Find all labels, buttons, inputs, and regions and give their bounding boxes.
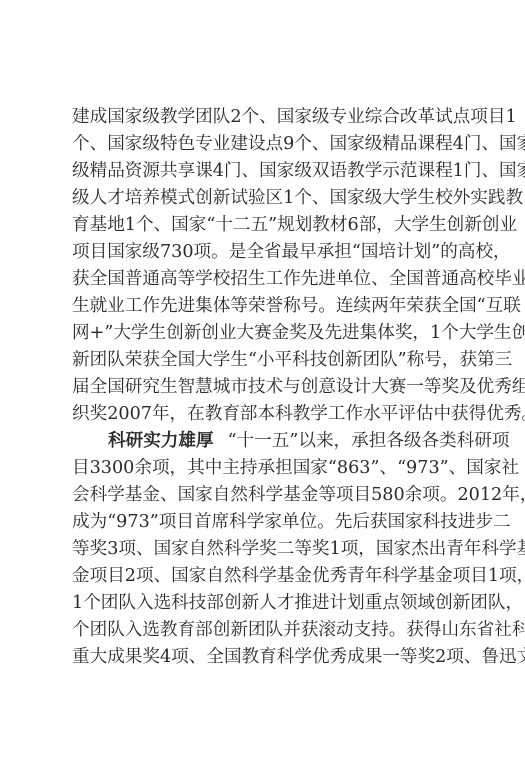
text-fragment: “十一五”以来，承担各级各类科研项 <box>228 428 510 455</box>
text-line: 目3300余项，其中主持承担国家“863”、“973”、国家社 <box>72 455 453 482</box>
text-line: 获全国普通高等学校招生工作先进单位、全国普通高校毕业 <box>72 266 453 293</box>
text-line: 重大成果奖4项、全国教育科学优秀成果一等奖2项、鲁迅文 <box>72 644 453 671</box>
text-line: 建成国家级教学团队2个、国家级专业综合改革试点项目1 <box>72 104 453 131</box>
text-line: 成为“973”项目首席科学家单位。先后获国家科技进步二 <box>72 509 453 536</box>
text-line: 级精品资源共享课4门、国家级双语教学示范课程1门、国家 <box>72 158 453 185</box>
text-line: 织奖2007年，在教育部本科教学工作水平评估中获得优秀。 <box>72 401 453 428</box>
text-line: 金项目2项、国家自然科学基金优秀青年科学基金项目1项， <box>72 563 453 590</box>
paragraph-teaching: 建成国家级教学团队2个、国家级专业综合改革试点项目1 个、国家级特色专业建设点9… <box>72 104 453 428</box>
text-line: 项目国家级730项。是全省最早承担“国培计划”的高校， <box>72 239 453 266</box>
text-line: 1个团队入选科技部创新人才推进计划重点领域创新团队，1 <box>72 590 453 617</box>
text-line: 生就业工作先进集体等荣誉称号。连续两年荣获全国“互联 <box>72 293 453 320</box>
text-line: 个、国家级特色专业建设点9个、国家级精品课程4门、国家 <box>72 131 453 158</box>
section-heading: 科研实力雄厚 <box>108 428 214 455</box>
document-page: 建成国家级教学团队2个、国家级专业综合改革试点项目1 个、国家级特色专业建设点9… <box>72 104 453 671</box>
paragraph-research: 科研实力雄厚 “十一五”以来，承担各级各类科研项 目3300余项，其中主持承担国… <box>72 428 453 671</box>
text-line: 会科学基金、国家自然科学基金等项目580余项。2012年， <box>72 482 453 509</box>
text-line-with-heading: 科研实力雄厚 “十一五”以来，承担各级各类科研项 <box>72 428 453 455</box>
text-line: 个团队入选教育部创新团队并获滚动支持。获得山东省社科 <box>72 617 453 644</box>
text-line: 级人才培养模式创新试验区1个、国家级大学生校外实践教 <box>72 185 453 212</box>
text-line: 等奖3项、国家自然科学奖二等奖1项，国家杰出青年科学基 <box>72 536 453 563</box>
text-line: 网+”大学生创新创业大赛金奖及先进集体奖，1个大学生创 <box>72 320 453 347</box>
text-line: 新团队荣获全国大学生“小平科技创新团队”称号，获第三 <box>72 347 453 374</box>
text-line: 届全国研究生智慧城市技术与创意设计大赛一等奖及优秀组 <box>72 374 453 401</box>
text-line: 育基地1个、国家“十二五”规划教材6部，大学生创新创业 <box>72 212 453 239</box>
